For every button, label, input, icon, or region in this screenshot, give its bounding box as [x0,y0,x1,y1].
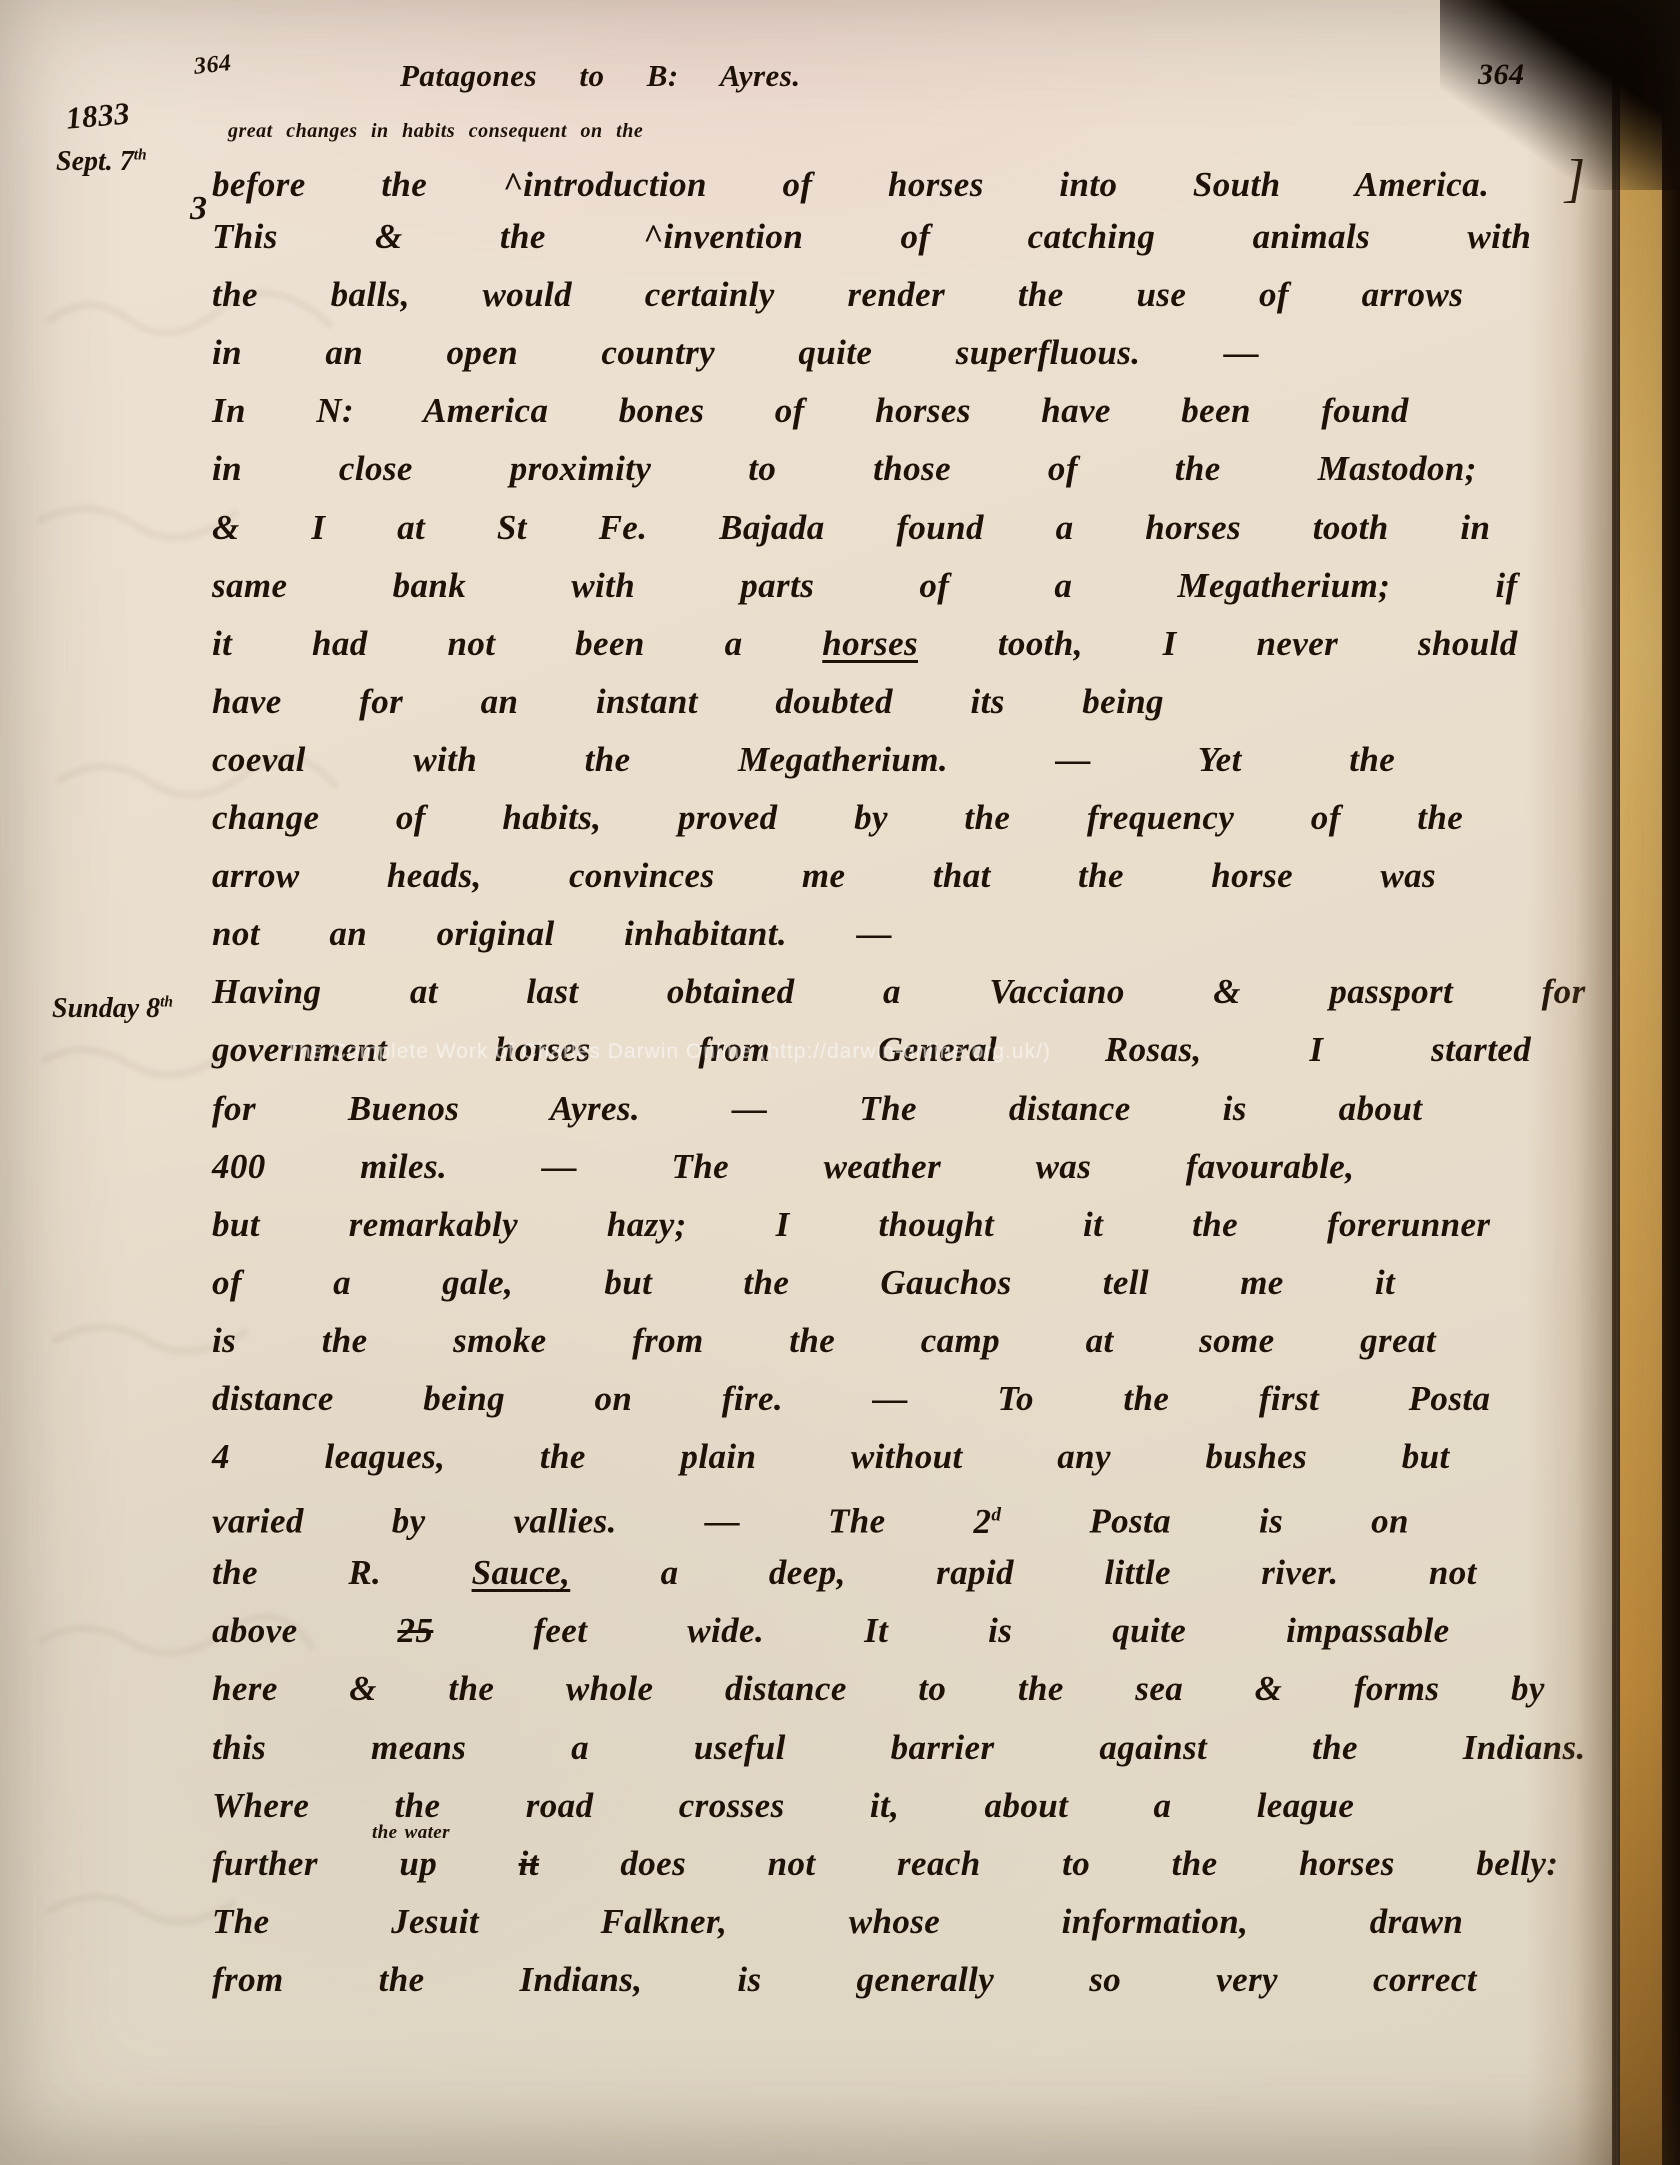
manuscript-line: above 25 feet wide. It is quite impassab… [212,1602,1450,1660]
manuscript-word: horses [1299,1844,1395,1883]
manuscript-word: remarkably [349,1205,518,1244]
manuscript-word: me [1240,1263,1284,1302]
manuscript-word: by [854,798,888,837]
manuscript-word: is [212,1321,236,1360]
manuscript-word: distance [725,1669,847,1708]
manuscript-word: Falkner, [601,1902,728,1941]
manuscript-word: horses [822,624,918,663]
manuscript-line: & I at St Fe. Bajada found a horses toot… [212,499,1490,557]
manuscript-line: in close proximity to those of the Masto… [212,440,1477,498]
watermark: The Complete Work of Charles Darwin Onli… [285,1040,1051,1064]
manuscript-word: it [1375,1263,1395,1302]
manuscript-word: country [601,333,715,372]
manuscript-word: above [212,1611,298,1650]
manuscript-word: about [1339,1089,1423,1128]
manuscript-word: but [604,1263,652,1302]
book-binding-edge [1662,0,1680,2165]
top-corner-shadow [1440,0,1680,190]
manuscript-word: further [212,1844,318,1883]
manuscript-word: 400 [212,1147,266,1186]
manuscript-word: me [802,856,846,895]
manuscript-line: Having at last obtained a Vacciano & pas… [212,963,1586,1021]
manuscript-word: obtained [667,972,795,1011]
manuscript-word: ^invention [643,217,803,256]
manuscript-line: In N: America bones of horses have been … [212,382,1409,440]
manuscript-word: before [212,165,306,204]
manuscript-word: same [212,566,287,605]
margin-date-text: Sunday 8 [52,993,160,1024]
manuscript-line: distance being on fire. — To the first P… [212,1370,1490,1428]
manuscript-word: horses [888,165,984,204]
manuscript-word: Buenos [348,1089,459,1128]
manuscript-word: great [1360,1321,1436,1360]
manuscript-word: is [737,1960,761,1999]
manuscript-word: the [1018,275,1064,314]
manuscript-word: R. [348,1553,381,1592]
manuscript-word: camp [921,1321,1000,1360]
manuscript-line: change of habits, proved by the frequenc… [212,789,1463,847]
manuscript-word: with [413,740,477,779]
manuscript-word: distance [212,1379,334,1418]
manuscript-word: crosses [679,1786,785,1825]
manuscript-word: & [1255,1669,1283,1708]
manuscript-word: little [1104,1553,1171,1592]
manuscript-word: against [1099,1728,1207,1767]
manuscript-word: the [1175,449,1221,488]
manuscript-word: a [333,1263,351,1302]
manuscript-word: favourable, [1186,1147,1355,1186]
manuscript-word: parts [740,566,814,605]
manuscript-line: 4 leagues, the plain without any bushes … [212,1428,1450,1486]
manuscript-word: found [896,508,984,547]
manuscript-word: Fe. [599,508,648,547]
manuscript-word: the [1192,1205,1238,1244]
manuscript-word: forms [1354,1669,1440,1708]
manuscript-word: wide. [687,1611,764,1650]
manuscript-word: been [575,624,645,663]
manuscript-word: Mastodon; [1318,449,1477,488]
manuscript-word: the [585,740,631,779]
manuscript-line: have for an instant doubted its being [212,673,1164,731]
manuscript-word: rapid [936,1553,1014,1592]
manuscript-word: whose [849,1902,940,1941]
page-title: Patagones to B: Ayres. [400,58,1220,94]
manuscript-line: varied by vallies. — The 2d Posta is on [212,1486,1409,1544]
manuscript-word: an [325,333,363,372]
adjacent-page-edge [1620,0,1664,2165]
manuscript-word: of [1048,449,1078,488]
manuscript-word: about [985,1786,1069,1825]
margin-date-sup: th [134,147,147,164]
manuscript-word: & [375,217,403,256]
manuscript-word: arrow [212,856,300,895]
manuscript-word: horses [875,391,971,430]
manuscript-word: of [396,798,426,837]
manuscript-word: reach [897,1844,981,1883]
manuscript-word: the [212,275,258,314]
manuscript-word: close [339,449,413,488]
manuscript-word: heads, [387,856,482,895]
manuscript-word: the [395,1786,441,1825]
manuscript-line: The Jesuit Falkner, whose information, d… [212,1893,1463,1951]
manuscript-word: — [1056,740,1091,779]
manuscript-word: open [446,333,518,372]
page-number-small: 364 [193,50,233,81]
manuscript-line: arrow heads, convinces me that the horse… [212,847,1436,905]
manuscript-word: South [1193,165,1281,204]
manuscript-word: the [322,1321,368,1360]
manuscript-line: same bank with parts of a Megatherium; i… [212,557,1518,615]
manuscript-word: animals [1253,217,1371,256]
manuscript-word: Ayres. [550,1089,640,1128]
manuscript-word: gale, [442,1263,513,1302]
manuscript-word: thought [878,1205,994,1244]
manuscript-word: Vacciano [989,972,1124,1011]
manuscript-word: have [212,682,282,721]
manuscript-word: last [526,972,578,1011]
manuscript-line: from the Indians, is generally so very c… [212,1951,1477,2009]
manuscript-word: up [399,1844,437,1883]
manuscript-word: I [1309,1030,1323,1069]
manuscript-word: of [775,391,805,430]
manuscript-word: never [1256,624,1338,663]
manuscript-word: of [1259,275,1289,314]
manuscript-word: useful [694,1728,786,1767]
manuscript-word: I [311,508,325,547]
manuscript-word: river. [1261,1553,1338,1592]
manuscript-word: not [212,914,260,953]
manuscript-word: to [918,1669,946,1708]
manuscript-word: the [212,1553,258,1592]
manuscript-word: the [1123,1379,1169,1418]
manuscript-line: This & the ^invention of catching animal… [212,208,1531,266]
manuscript-line: but remarkably hazy; I thought it the fo… [212,1196,1490,1254]
manuscript-word: without [851,1437,963,1476]
manuscript-word: correct [1373,1960,1477,1999]
margin-note-text: 3 [190,190,207,227]
manuscript-word: feet [533,1611,587,1650]
manuscript-word: should [1418,624,1518,663]
manuscript-word: the [381,165,427,204]
manuscript-word: of [212,1263,242,1302]
manuscript-word: quite [798,333,872,372]
manuscript-word: tooth, [998,624,1083,663]
manuscript-line: further up it does not reach to the hors… [212,1835,1558,1893]
manuscript-word: bank [393,566,467,605]
margin-date-sup: th [160,994,173,1011]
manuscript-body: before the ^introduction of horses into … [212,150,1572,2009]
margin-date-sunday-8: Sunday 8th [52,993,173,1025]
manuscript-word: here [212,1669,278,1708]
manuscript-word: frequency [1087,798,1234,837]
manuscript-page-scan: 1833 364 Patagones to B: Ayres. 364 grea… [0,0,1680,2165]
manuscript-word: was [1036,1147,1092,1186]
interline-insertion: the water [372,1823,450,1842]
manuscript-word: the [743,1263,789,1302]
manuscript-word: horses [1145,508,1241,547]
manuscript-word: & [1213,972,1241,1011]
manuscript-word: Posta [1089,1502,1171,1541]
manuscript-word: found [1321,391,1409,430]
manuscript-word: at [1086,1321,1114,1360]
margin-date-sept-7: Sept. 7th [56,146,147,178]
manuscript-word: into [1059,165,1117,204]
manuscript-word: of [900,217,930,256]
manuscript-word: proved [678,798,778,837]
manuscript-word: an [329,914,367,953]
manuscript-word: but [212,1205,260,1244]
manuscript-word: N: [316,391,354,430]
manuscript-word: original [437,914,555,953]
manuscript-word: weather [824,1147,942,1186]
manuscript-word: horse [1211,856,1293,895]
manuscript-word: an [481,682,519,721]
manuscript-word: the [1018,1669,1064,1708]
manuscript-line: is the smoke from the camp at some great [212,1312,1436,1370]
manuscript-word: varied [212,1502,304,1541]
manuscript-word: proximity [510,449,652,488]
manuscript-word: whole [566,1669,654,1708]
manuscript-word: the [1312,1728,1358,1767]
manuscript-word: catching [1028,217,1156,256]
manuscript-word: the [1417,798,1463,837]
manuscript-word: fire. [722,1379,783,1418]
manuscript-word: the [448,1669,494,1708]
manuscript-word: forerunner [1327,1205,1490,1244]
manuscript-line: 400 miles. — The weather was favourable, [212,1138,1354,1196]
manuscript-word: of [782,165,812,204]
manuscript-word: is [988,1611,1012,1650]
manuscript-word: a [661,1553,679,1592]
manuscript-word: from [632,1321,704,1360]
manuscript-word: superfluous. [956,333,1141,372]
manuscript-word: does [620,1844,686,1883]
manuscript-word: means [371,1728,466,1767]
manuscript-word: inhabitant. [624,914,787,953]
manuscript-word: miles. [360,1147,447,1186]
manuscript-word: is [1259,1502,1283,1541]
manuscript-word: The [212,1902,270,1941]
manuscript-word: on [1371,1502,1409,1541]
manuscript-word: — [857,914,892,953]
manuscript-word: ^introduction [503,165,707,204]
margin-note-3: 3 [190,190,207,228]
manuscript-word: of [919,566,949,605]
manuscript-word: In [212,391,246,430]
manuscript-word: bushes [1206,1437,1308,1476]
margin-date-text: Sept. 7 [56,146,134,177]
manuscript-line: of a gale, but the Gauchos tell me it [212,1254,1395,1312]
manuscript-word: league [1257,1786,1355,1825]
manuscript-word: The [828,1502,886,1541]
manuscript-word: 4 [212,1437,230,1476]
manuscript-word: the [964,798,1010,837]
manuscript-word: I [1163,624,1177,663]
manuscript-word: for [359,682,403,721]
manuscript-word: smoke [453,1321,546,1360]
manuscript-line: this means a useful barrier against the … [212,1719,1586,1777]
manuscript-word: being [423,1379,505,1418]
manuscript-word: the [1172,1844,1218,1883]
manuscript-word: instant [596,682,698,721]
manuscript-word: this [212,1728,266,1767]
manuscript-word: Sauce, [472,1553,571,1592]
manuscript-line: the R. Sauce, a deep, rapid little river… [212,1544,1477,1602]
manuscript-line: for Buenos Ayres. — The distance is abou… [212,1080,1422,1138]
manuscript-word: 25 [398,1611,434,1650]
manuscript-word: coeval [212,740,306,779]
manuscript-word: leagues, [324,1437,445,1476]
manuscript-word: it, [870,1786,899,1825]
manuscript-word: bones [619,391,705,430]
margin-year: 1833 [65,95,132,136]
manuscript-word: Having [212,972,321,1011]
manuscript-line: before the ^introduction of horses into … [212,150,1586,208]
manuscript-word: it [519,1844,539,1883]
manuscript-word: with [1467,217,1531,256]
manuscript-word: had [312,624,368,663]
manuscript-word: to [1062,1844,1090,1883]
manuscript-word: but [1402,1437,1450,1476]
manuscript-word: would [483,275,573,314]
manuscript-word: The [672,1147,730,1186]
manuscript-word: — [542,1147,577,1186]
manuscript-word: at [410,972,438,1011]
page-edge-shadow [1526,0,1616,2165]
manuscript-word: Jesuit [391,1902,479,1941]
manuscript-word: — [705,1502,740,1541]
manuscript-word: information, [1062,1902,1249,1941]
manuscript-line: here & the whole distance to the sea & f… [212,1660,1545,1718]
manuscript-word: Bajada [719,508,824,547]
manuscript-word: the [540,1437,586,1476]
manuscript-word: not [1429,1553,1477,1592]
manuscript-word: in [212,333,242,372]
manuscript-word: render [847,275,945,314]
manuscript-word: by [392,1502,426,1541]
manuscript-word: not [447,624,495,663]
manuscript-word: any [1057,1437,1111,1476]
manuscript-word: generally [857,1960,995,1999]
manuscript-word: — [873,1379,908,1418]
interline-note: great changes in habits consequent on th… [228,120,1168,143]
manuscript-word: arrows [1362,275,1464,314]
manuscript-word: with [571,566,635,605]
manuscript-word: from [212,1960,284,1999]
manuscript-word: Rosas, [1105,1030,1202,1069]
manuscript-word: first [1259,1379,1319,1418]
manuscript-line: coeval with the Megatherium. — Yet the [212,731,1395,789]
manuscript-word: in [212,449,242,488]
manuscript-word: of [1311,798,1341,837]
manuscript-word: vallies. [513,1502,616,1541]
manuscript-word: it [212,624,232,663]
manuscript-line: not an original inhabitant. — [212,905,892,963]
manuscript-word: Yet [1198,740,1242,779]
manuscript-word: Where [212,1786,309,1825]
manuscript-word: doubted [775,682,893,721]
manuscript-word: been [1181,391,1251,430]
manuscript-word: convinces [569,856,715,895]
manuscript-word: in [1460,508,1490,547]
manuscript-word: This [212,217,278,256]
manuscript-word: The [859,1089,917,1128]
manuscript-word: the [1078,856,1124,895]
manuscript-word: being [1082,682,1164,721]
manuscript-word: barrier [891,1728,995,1767]
manuscript-word: hazy; [607,1205,687,1244]
manuscript-word: certainly [645,275,775,314]
manuscript-word: a [1154,1786,1172,1825]
manuscript-word: was [1380,856,1436,895]
manuscript-word: quite [1112,1611,1186,1650]
manuscript-word: a [883,972,901,1011]
manuscript-word: started [1431,1030,1531,1069]
manuscript-word: on [595,1379,633,1418]
manuscript-word: sea [1135,1669,1183,1708]
manuscript-word: a [725,624,743,663]
manuscript-word: distance [1009,1089,1131,1128]
manuscript-line: it had not been a horses tooth, I never … [212,615,1518,673]
manuscript-line: in an open country quite superfluous. — [212,324,1259,382]
manuscript-word: the [789,1321,835,1360]
manuscript-word: tell [1103,1263,1149,1302]
manuscript-word: St [497,508,527,547]
manuscript-line: the balls, would certainly render the us… [212,266,1463,324]
manuscript-word: 2d [974,1502,1002,1541]
manuscript-word: — [732,1089,767,1128]
manuscript-word: Megatherium. [738,740,948,779]
manuscript-word: so [1089,1960,1121,1999]
manuscript-word: its [970,682,1004,721]
manuscript-word: to [748,449,776,488]
manuscript-word: not [768,1844,816,1883]
manuscript-word: for [212,1089,256,1128]
manuscript-word: Megatherium; [1177,566,1390,605]
manuscript-word: if [1495,566,1517,605]
manuscript-word: is [1223,1089,1247,1128]
manuscript-word: a [571,1728,589,1767]
manuscript-word: Indians, [520,1960,643,1999]
manuscript-word: very [1216,1960,1278,1999]
manuscript-word: use [1136,275,1186,314]
manuscript-word: — [1224,333,1259,372]
manuscript-word: some [1199,1321,1274,1360]
manuscript-word: & [212,508,240,547]
manuscript-word: change [212,798,319,837]
manuscript-word: tooth [1313,508,1389,547]
manuscript-word: I [776,1205,790,1244]
manuscript-word: To [997,1379,1033,1418]
manuscript-word: drawn [1370,1902,1463,1941]
manuscript-word: deep, [769,1553,846,1592]
manuscript-word: balls, [331,275,410,314]
manuscript-word: & [349,1669,377,1708]
manuscript-word: plain [680,1437,756,1476]
manuscript-word: habits, [502,798,601,837]
manuscript-word: road [526,1786,594,1825]
manuscript-word: the [500,217,546,256]
manuscript-word: America [423,391,548,430]
manuscript-word: at [397,508,425,547]
manuscript-word: the [379,1960,425,1999]
manuscript-word: passport [1329,972,1453,1011]
manuscript-word: It [864,1611,888,1650]
manuscript-word: impassable [1286,1611,1449,1650]
manuscript-word: have [1041,391,1111,430]
manuscript-word: a [1056,508,1074,547]
manuscript-word: a [1054,566,1072,605]
